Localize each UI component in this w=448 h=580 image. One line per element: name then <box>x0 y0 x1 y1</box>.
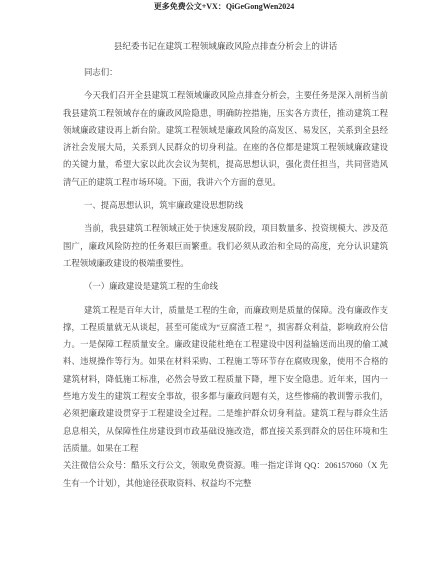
paragraph-body: 当前，我县建筑工程领域正处于快速发展阶段，项目数量多、投资规模大、涉及范围广，廉… <box>63 220 388 272</box>
paragraph-heading2: （一）廉政建设是建筑工程的生命线 <box>63 278 388 295</box>
paragraph-promo: 关注微信公众号：酷乐文行公文，领取免费资源。唯一指定详询 QQ：20615706… <box>63 457 388 492</box>
document-body: 同志们：今天我们召开全县建筑工程领域廉政风险点排查分析会，主要任务是深入剖析当前… <box>63 64 388 492</box>
document-page: 更多免费公文+VX：QiGeGongWen2024 县纪委书记在建筑工程领域廉政… <box>0 0 448 580</box>
paragraph-body: 今天我们召开全县建筑工程领域廉政风险点排查分析会，主要任务是深入剖析当前我县建筑… <box>63 87 388 191</box>
paragraph-heading1: 一、提高思想认识，筑牢廉政建设思想防线 <box>63 197 388 214</box>
paragraph-body: 建筑工程是百年大计，质量是工程的生命，而廉政则是质量的保障。没有廉政作支撑，工程… <box>63 302 388 458</box>
paragraph-salutation: 同志们： <box>63 64 388 81</box>
header-watermark-note: 更多免费公文+VX：QiGeGongWen2024 <box>0 0 448 12</box>
document-title: 县纪委书记在建筑工程领域廉政风险点排查分析会上的讲话 <box>63 40 388 52</box>
